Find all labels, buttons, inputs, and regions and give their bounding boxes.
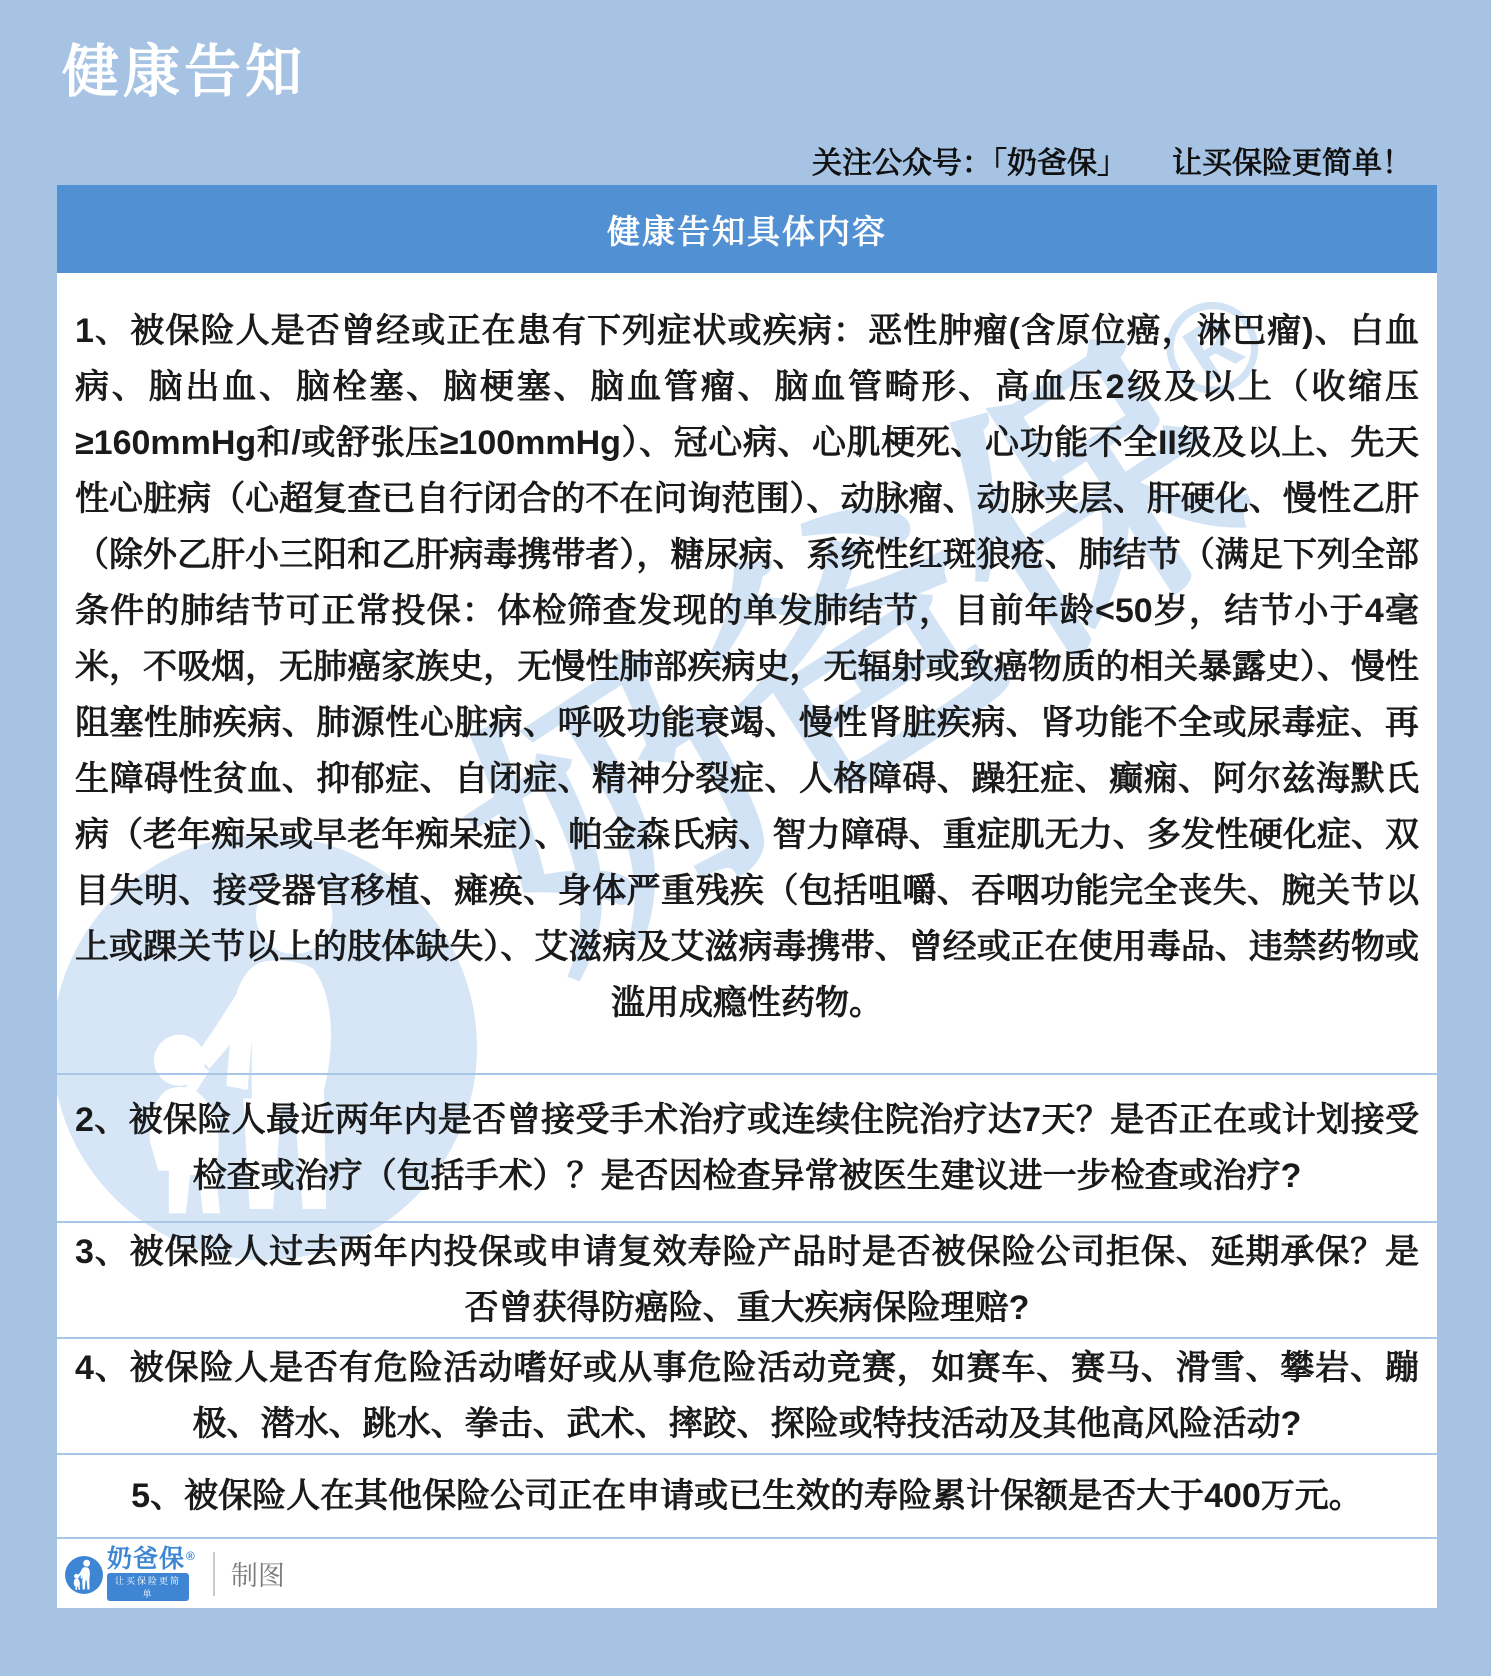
footer-divider [213,1552,215,1596]
content-card: 奶爸保® 健康告知具体内容 1、被保险人是否曾经或正在患有下列症状或疾病：恶性肿… [57,185,1437,1608]
page-title: 健康告知 [62,26,306,108]
brand-logo-icon [65,1556,103,1594]
card-footer: 奶爸保 ® 让买保险更简单 制图 [57,1537,1437,1608]
health-question-1: 1、被保险人是否曾经或正在患有下列症状或疾病：恶性肿瘤(含原位癌，淋巴瘤)、白血… [57,273,1437,1073]
health-question-2: 2、被保险人最近两年内是否曾接受手术治疗或连续住院治疗达7天？是否正在或计划接受… [57,1073,1437,1221]
brand-block: 奶爸保 ® 让买保险更简单 [107,1547,195,1601]
health-question-5: 5、被保险人在其他保险公司正在申请或已生效的寿险累计保额是否大于400万元。 [57,1453,1437,1537]
health-question-4: 4、被保险人是否有危险活动嗜好或从事危险活动竞赛，如赛车、赛马、滑雪、攀岩、蹦极… [57,1337,1437,1453]
footer-caption: 制图 [231,1554,285,1593]
brand-tagline-badge: 让买保险更简单 [107,1573,189,1601]
brand-registered-mark: ® [186,1544,195,1568]
health-question-3: 3、被保险人过去两年内投保或申请复效寿险产品时是否被保险公司拒保、延期承保？是否… [57,1221,1437,1337]
card-header-title: 健康告知具体内容 [607,206,887,253]
page-subtitle: 关注公众号：「奶爸保」 让买保险更简单！ [812,138,1412,182]
brand-name: 奶爸保 [107,1547,185,1571]
card-header-bar: 健康告知具体内容 [57,185,1437,273]
